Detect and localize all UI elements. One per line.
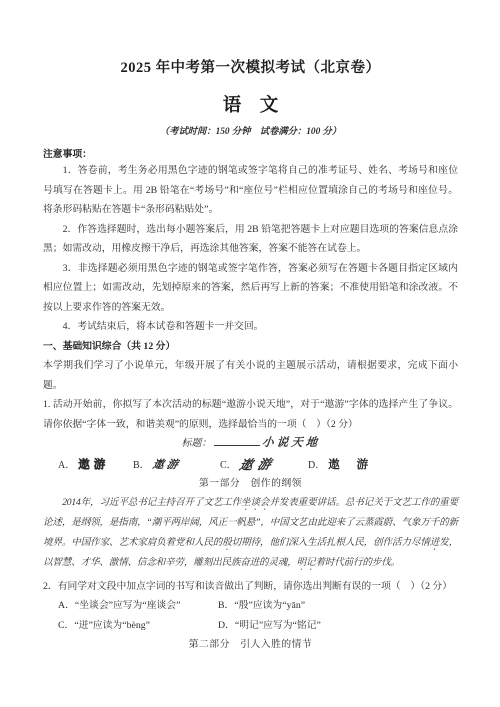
section-1-heading: 一、基础知识综合（共 12 分） <box>43 337 458 357</box>
notice-item-1: 1．答卷前，考生务必用黑色字迹的钢笔或签字笔将自己的准考证号、姓名、考场号和座位… <box>43 161 458 220</box>
question-2-stem: 2．有同学对文段中加点字词的书写和读音做出了判断，请你选出判断有误的一项（ ）（… <box>43 577 458 597</box>
option-c-running-script-text: 遨游 <box>237 453 277 473</box>
passage-segment: 切期待，他们深入生活扎根人民，创作活力尽情 <box>232 537 430 548</box>
question-2-option-d: D．“明记”应写为“铭记” <box>218 616 458 636</box>
question-2-option-b: B．“殷”应读为“yān” <box>218 596 458 616</box>
passage-paragraph: 2014年，习近平总书记主持召开了文艺工作坐谈会并发表重要讲话。总书记关于文艺工… <box>43 493 458 573</box>
option-a-seal-script-text: 遨游 <box>78 456 109 472</box>
option-d-label: D． <box>308 456 325 471</box>
option-b-label: B． <box>218 600 234 611</box>
exam-time-score-info: （考试时间：150 分钟 试卷满分：100 分） <box>43 126 458 139</box>
notice-item-4: 4．考试结束后，将本试卷和答题卡一并交回。 <box>43 317 458 337</box>
option-a-text: “坐谈会”应写为“座谈会” <box>75 600 181 611</box>
caption-label: 标题： <box>182 438 212 449</box>
fill-in-blank-line <box>214 435 260 446</box>
question-1-options-row: A．遨游 B．遨游 C．遨游 D．遨 游 <box>43 454 458 474</box>
option-d-label: D． <box>218 620 235 631</box>
question-1-option-a: A．遨游 <box>58 456 133 472</box>
question-2-option-c: C．“迸”应读为“bèng” <box>58 616 218 636</box>
question-2-options-grid: A．“坐谈会”应写为“座谈会” B．“殷”应读为“yān” C．“迸”应读为“b… <box>43 596 458 635</box>
exam-paper-page: 2025 年中考第一次模拟考试（北京卷） 语 文 （考试时间：150 分钟 试卷… <box>0 0 500 707</box>
notice-item-3: 3．非选择题必须用黑色字迹的钢笔或签字笔作答，答案必须写在答题卡各题目指定区域内… <box>43 259 458 318</box>
option-d-text: “明记”应写为“铭记” <box>235 620 321 631</box>
question-1-caption: 标题：小说天地 <box>43 434 458 454</box>
question-1-option-c: C．遨游 <box>220 454 308 473</box>
question-1-option-d: D．遨 游 <box>308 456 375 472</box>
passage-emphasized-word: 迸 <box>430 537 439 548</box>
part-1-heading: 第一部分 创作的纲领 <box>43 474 458 494</box>
option-b-label: B． <box>133 456 150 471</box>
passage-segment: 2014年，习近平总书记主持召开了文艺工作 <box>62 497 241 508</box>
exam-title: 2025 年中考第一次模拟考试（北京卷） <box>43 58 458 78</box>
option-a-label: A． <box>58 456 75 471</box>
caption-handwritten-text: 小说天地 <box>260 434 320 454</box>
passage-emphasized-word: 明记 <box>297 557 316 568</box>
option-c-label: C． <box>220 456 237 471</box>
question-2-option-a: A．“坐谈会”应写为“座谈会” <box>58 596 218 616</box>
option-b-cursive-script-text: 遨游 <box>151 456 182 472</box>
exam-subject: 语 文 <box>43 94 458 119</box>
option-a-label: A． <box>58 600 75 611</box>
notice-heading: 注意事项： <box>43 148 458 161</box>
question-1-stem: 1. 活动开始前，你拟写了本次活动的标题“遨游小说天地”，对于“遨游”字体的选择… <box>43 395 458 434</box>
option-b-text: “殷”应读为“yān” <box>234 600 305 611</box>
option-c-text: “迸”应读为“bèng” <box>74 620 150 631</box>
section-1-intro: 本学期我们学习了小说单元，年级开展了有关小说的主题展示活动，请根据要求，完成下面… <box>43 356 458 395</box>
option-c-label: C． <box>58 620 74 631</box>
passage-emphasized-word: 坐谈会 <box>241 497 269 508</box>
passage-segment: 着时代前行的步伐。 <box>315 557 400 568</box>
notice-item-2: 2．作答选择题时，选出每小题答案后，用 2B 铅笔把答题卡上对应题目选项的答案信… <box>43 220 458 259</box>
part-2-heading: 第二部分 引人入胜的情节 <box>43 635 458 655</box>
question-1-option-b: B．遨游 <box>133 456 220 472</box>
option-d-clerical-script-text: 遨 游 <box>328 456 375 472</box>
passage-emphasized-word: 殷 <box>222 537 231 548</box>
